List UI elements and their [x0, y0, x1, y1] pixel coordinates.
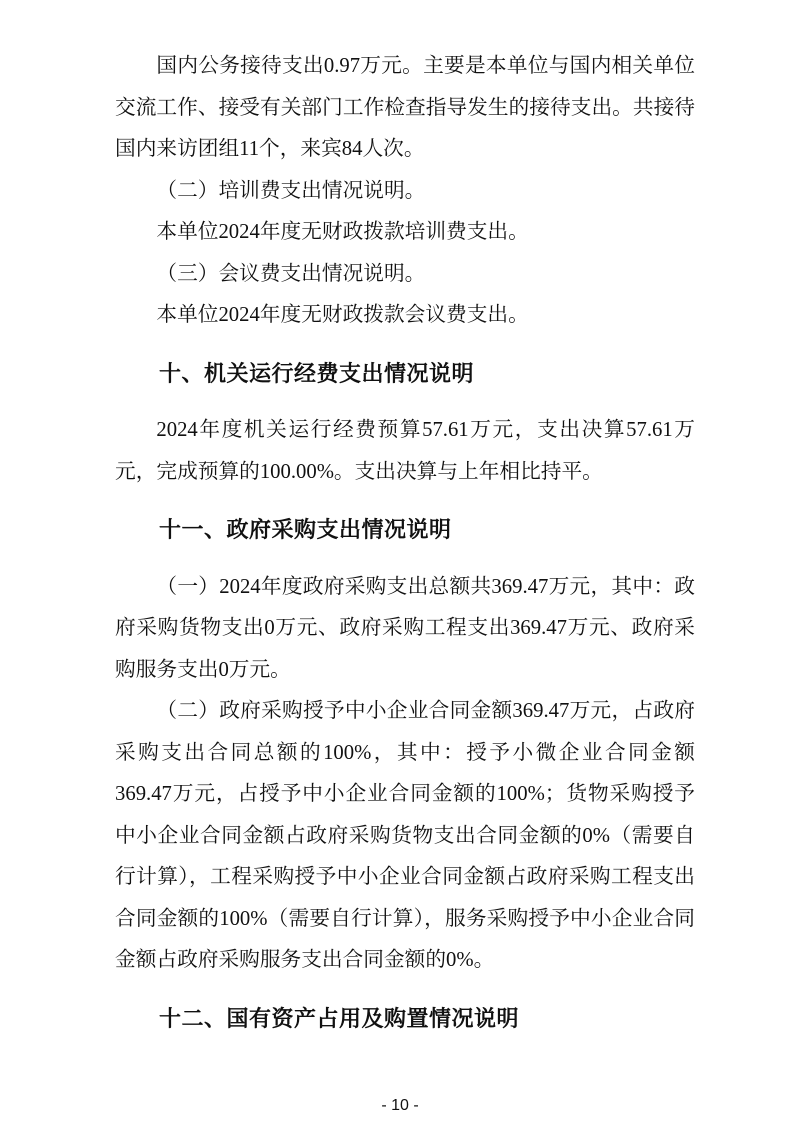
para-training-expense: 本单位2024年度无财政拨款培训费支出。	[115, 212, 695, 254]
document-body: 国内公务接待支出0.97万元。主要是本单位与国内相关单位交流工作、接受有关部门工…	[115, 46, 695, 1055]
para-procurement-sme: （二）政府采购授予中小企业合同金额369.47万元，占政府采购支出合同总额的10…	[115, 691, 695, 982]
para-operating-expense: 2024年度机关运行经费预算57.61万元，支出决算57.61万元，完成预算的1…	[115, 410, 695, 493]
para-procurement-total: （一）2024年度政府采购支出总额共369.47万元，其中：政府采购货物支出0万…	[115, 567, 695, 692]
document-page: 国内公务接待支出0.97万元。主要是本单位与国内相关单位交流工作、接受有关部门工…	[0, 0, 800, 1131]
subheading-training-expense: （二）培训费支出情况说明。	[115, 171, 695, 213]
subheading-meeting-expense: （三）会议费支出情况说明。	[115, 254, 695, 296]
heading-section-10-operating-expense: 十、机关运行经费支出情况说明	[115, 353, 695, 395]
para-meeting-expense: 本单位2024年度无财政拨款会议费支出。	[115, 295, 695, 337]
heading-section-11-procurement: 十一、政府采购支出情况说明	[115, 509, 695, 551]
heading-section-12-state-assets: 十二、国有资产占用及购置情况说明	[115, 998, 695, 1040]
page-number: - 10 -	[0, 1097, 800, 1115]
para-domestic-reception-detail: 国内公务接待支出0.97万元。主要是本单位与国内相关单位交流工作、接受有关部门工…	[115, 46, 695, 171]
